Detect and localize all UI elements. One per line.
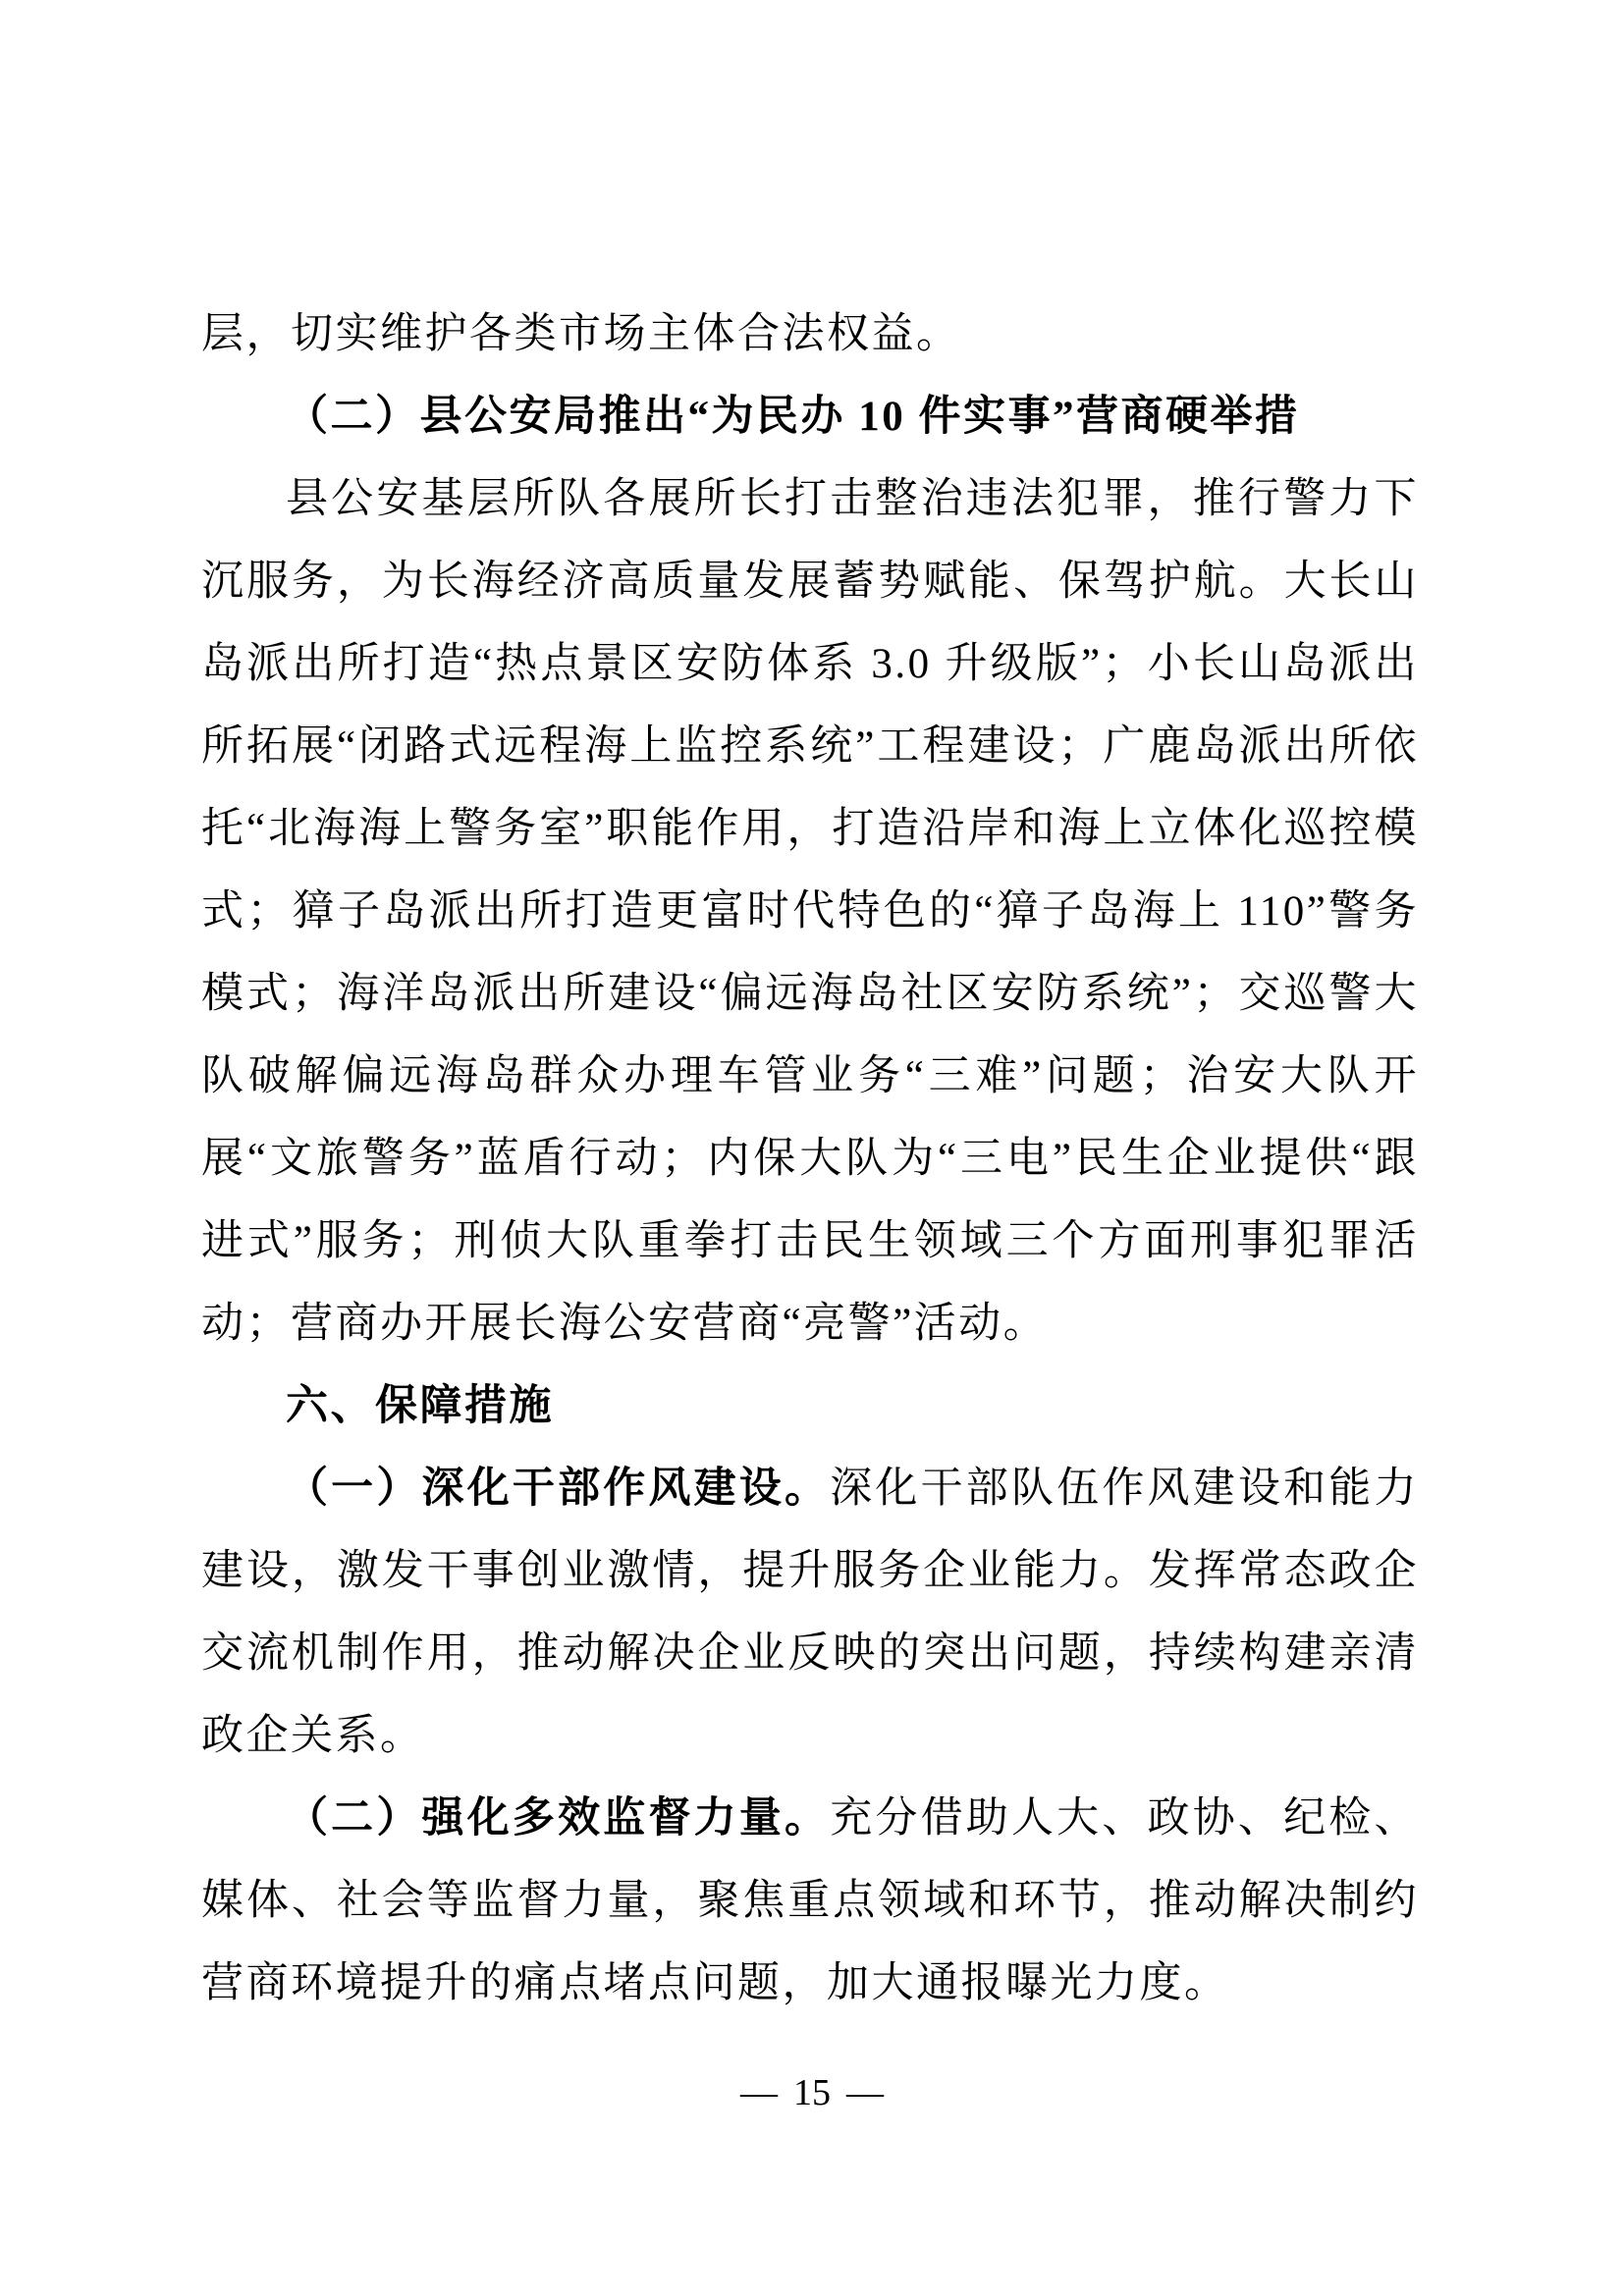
document-body: 层，切实维护各类市场主体合法权益。 （二）县公安局推出“为民办 10 件实事”营… [201, 294, 1419, 2025]
page-footer: —15— [0, 2073, 1624, 2112]
footer-dash-left: — [740, 2072, 778, 2113]
paragraph-lead: （二）强化多效监督力量。 [286, 1795, 830, 1842]
paragraph-continuation: 层，切实维护各类市场主体合法权益。 [201, 294, 1419, 376]
subsection-heading: （二）县公安局推出“为民办 10 件实事”营商硬举措 [201, 376, 1419, 458]
paragraph: （一）深化干部作风建设。深化干部队伍作风建设和能力建设，激发干事创业激情，提升服… [201, 1448, 1419, 1778]
footer-dash-right: — [846, 2072, 884, 2113]
paragraph: 县公安基层所队各展所长打击整治违法犯罪，推行警力下沉服务，为长海经济高质量发展蓄… [201, 458, 1419, 1365]
section-heading: 六、保障措施 [201, 1365, 1419, 1448]
document-page: 层，切实维护各类市场主体合法权益。 （二）县公安局推出“为民办 10 件实事”营… [0, 0, 1624, 2296]
paragraph-lead: （一）深化干部作风建设。 [286, 1466, 830, 1512]
paragraph: （二）强化多效监督力量。充分借助人大、政协、纪检、媒体、社会等监督力量，聚焦重点… [201, 1778, 1419, 2025]
page-number: 15 [793, 2072, 831, 2113]
